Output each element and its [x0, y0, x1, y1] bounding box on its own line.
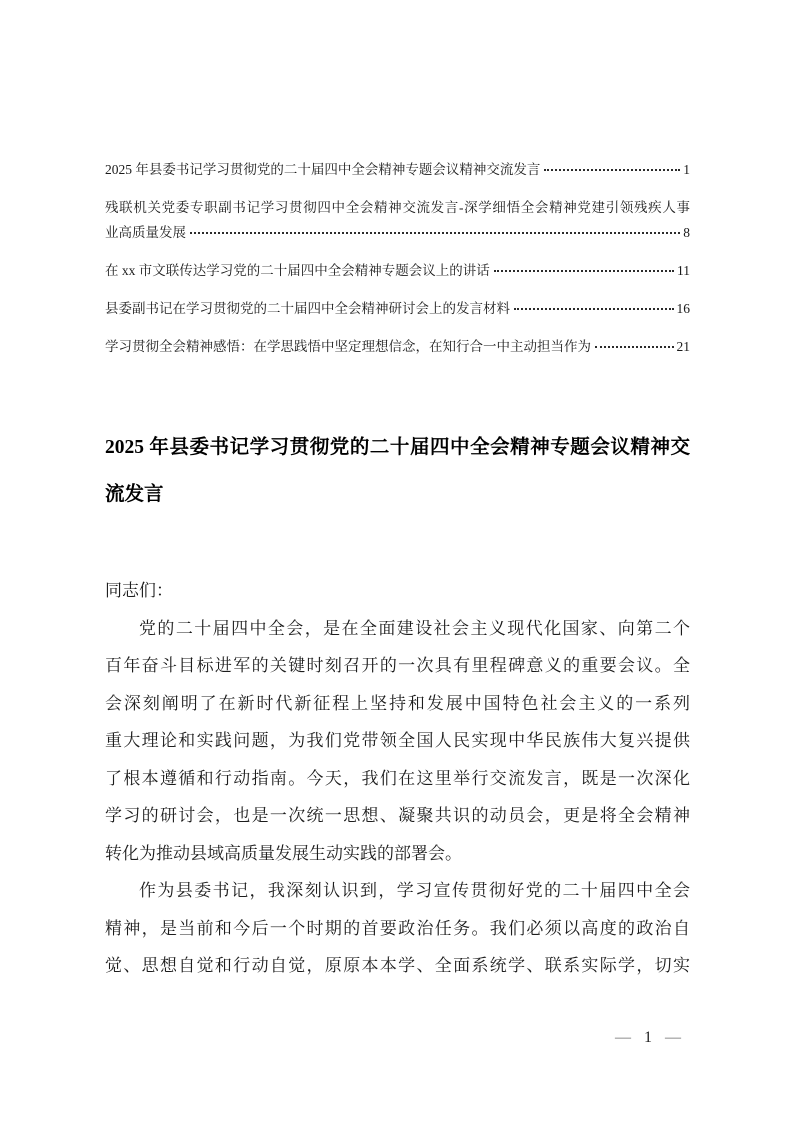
toc-dot-leader [544, 169, 680, 171]
toc-page-number: 16 [677, 296, 691, 321]
toc-entry-text: 学习贯彻全会精神感悟：在学思践悟中坚定理想信念，在知行合一中主动担当作为 [105, 334, 591, 359]
toc-entry[interactable]: 2025 年县委书记学习贯彻党的二十届四中全会精神专题会议精神交流发言1 [105, 157, 690, 182]
footer-dash-left: — [615, 1029, 631, 1047]
toc-entry-text: 在 xx 市文联传达学习党的二十届四中全会精神专题会议上的讲话 [105, 258, 490, 283]
body-text-line: 学习的研讨会，也是一次统一思想、凝聚共识的动员会，更是将全会精神 [105, 797, 690, 835]
toc-dot-leader [190, 232, 680, 234]
toc-entry-last-line: 县委副书记在学习贯彻党的二十届四中全会精神研讨会上的发言材料16 [105, 296, 690, 321]
body-paragraph: 党的二十届四中全会，是在全面建设社会主义现代化国家、向第二个百年奋斗目标进军的关… [105, 610, 690, 873]
toc-entry[interactable]: 县委副书记在学习贯彻党的二十届四中全会精神研讨会上的发言材料16 [105, 296, 690, 321]
toc-entry[interactable]: 残联机关党委专职副书记学习贯彻四中全会精神交流发言-深学细悟全会精神党建引领残疾… [105, 195, 690, 245]
body-text-line: 百年奋斗目标进军的关键时刻召开的一次具有里程碑意义的重要会议。全 [105, 647, 690, 685]
toc-page-number: 8 [683, 220, 690, 245]
body-text-line: 作为县委书记，我深刻认识到，学习宣传贯彻好党的二十届四中全会 [105, 872, 690, 910]
body-paragraph: 同志们： [105, 572, 690, 610]
body-text-line: 转化为推动县域高质量发展生动实践的部署会。 [105, 835, 690, 873]
toc-page-number: 1 [683, 157, 690, 182]
toc-entry[interactable]: 在 xx 市文联传达学习党的二十届四中全会精神专题会议上的讲话11 [105, 258, 690, 283]
page-footer: — 1 — [615, 1029, 681, 1047]
toc-entry-text: 残联机关党委专职副书记学习贯彻四中全会精神交流发言-深学细悟全会精神党建引领残疾… [105, 195, 690, 220]
toc-page-number: 11 [677, 258, 690, 283]
body-text-line: 精神，是当前和今后一个时期的首要政治任务。我们必须以高度的政治自 [105, 910, 690, 948]
footer-dash-right: — [665, 1029, 681, 1047]
document-body: 同志们：党的二十届四中全会，是在全面建设社会主义现代化国家、向第二个百年奋斗目标… [105, 572, 690, 985]
toc-entry-text: 业高质量发展 [105, 220, 186, 245]
toc-entry-text: 2025 年县委书记学习贯彻党的二十届四中全会精神专题会议精神交流发言 [105, 157, 540, 182]
toc-entry-last-line: 学习贯彻全会精神感悟：在学思践悟中坚定理想信念，在知行合一中主动担当作为21 [105, 334, 690, 359]
toc-entry[interactable]: 学习贯彻全会精神感悟：在学思践悟中坚定理想信念，在知行合一中主动担当作为21 [105, 334, 690, 359]
body-text-line: 重大理论和实践问题，为我们党带领全国人民实现中华民族伟大复兴提供 [105, 722, 690, 760]
toc-entry-last-line: 在 xx 市文联传达学习党的二十届四中全会精神专题会议上的讲话11 [105, 258, 690, 283]
body-text-line: 了根本遵循和行动指南。今天，我们在这里举行交流发言，既是一次深化 [105, 760, 690, 798]
body-text-line: 会深刻阐明了在新时代新征程上坚持和发展中国特色社会主义的一系列 [105, 685, 690, 723]
toc-dot-leader [595, 346, 674, 348]
body-text-line: 党的二十届四中全会，是在全面建设社会主义现代化国家、向第二个 [105, 610, 690, 648]
document-title-line: 流发言 [105, 471, 690, 518]
toc-entry-last-line: 2025 年县委书记学习贯彻党的二十届四中全会精神专题会议精神交流发言1 [105, 157, 690, 182]
body-text-line: 同志们： [105, 572, 690, 610]
document-title-line: 2025 年县委书记学习贯彻党的二十届四中全会精神专题会议精神交 [105, 424, 690, 471]
document-title: 2025 年县委书记学习贯彻党的二十届四中全会精神专题会议精神交 流发言 [105, 424, 690, 518]
body-text-line: 觉、思想自觉和行动自觉，原原本本学、全面系统学、联系实际学，切实 [105, 947, 690, 985]
document-page: 2025 年县委书记学习贯彻党的二十届四中全会精神专题会议精神交流发言1残联机关… [0, 0, 793, 1122]
toc-dot-leader [494, 270, 674, 272]
page-number: 1 [644, 1029, 652, 1047]
body-paragraph: 作为县委书记，我深刻认识到，学习宣传贯彻好党的二十届四中全会精神，是当前和今后一… [105, 872, 690, 985]
toc-dot-leader [514, 308, 674, 310]
toc-entry-last-line: 业高质量发展8 [105, 220, 690, 245]
table-of-contents: 2025 年县委书记学习贯彻党的二十届四中全会精神专题会议精神交流发言1残联机关… [105, 157, 690, 372]
toc-page-number: 21 [677, 334, 691, 359]
toc-entry-text: 县委副书记在学习贯彻党的二十届四中全会精神研讨会上的发言材料 [105, 296, 510, 321]
